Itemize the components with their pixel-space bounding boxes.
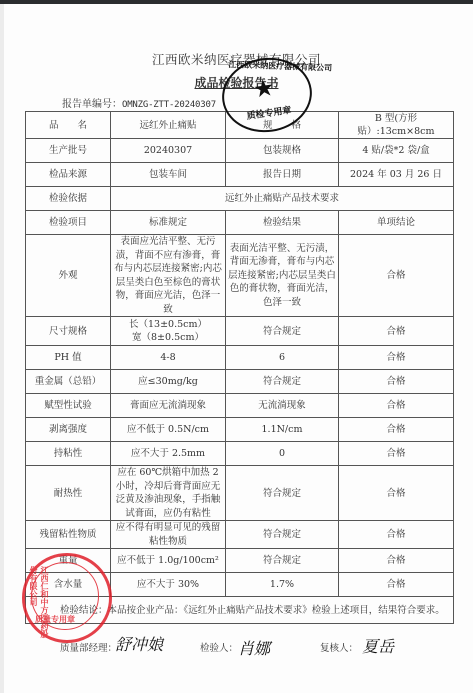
item-cell: 剥离强度 bbox=[26, 418, 111, 442]
product-name-label: 品 名 bbox=[26, 112, 111, 139]
report-number-value: OMNZG-ZTT-20240307 bbox=[122, 100, 216, 110]
table-row: 剥离强度 应不低于 0.5N/cm 1.1N/cm 合格 bbox=[26, 418, 454, 442]
row-source: 检品来源 包装车间 报告日期 2024 年 03 月 26 日 bbox=[26, 163, 454, 187]
result-cell: 符合规定 bbox=[226, 466, 339, 521]
row-basis: 检验依据 远红外止痛贴产品技术要求 bbox=[26, 187, 454, 211]
standard-cell: 长（13±0.5cm） 宽（8±0.5cm） bbox=[111, 317, 226, 346]
product-name-value: 远红外止痛贴 bbox=[111, 112, 226, 139]
packing-value: 4 贴/袋*2 袋/盒 bbox=[339, 139, 454, 163]
report-date-label: 报告日期 bbox=[226, 163, 339, 187]
basis-value: 远红外止痛贴产品技术要求 bbox=[111, 187, 454, 211]
item-cell: 残留粘性物质 bbox=[26, 521, 111, 549]
result-cell: 符合规定 bbox=[226, 317, 339, 346]
result-cell: 0 bbox=[226, 442, 339, 466]
standard-cell: 应≤30mg/kg bbox=[111, 370, 226, 394]
source-value: 包装车间 bbox=[111, 163, 226, 187]
red-stamp-label: 质量专用章 bbox=[35, 614, 75, 625]
result-cell: 无流淌现象 bbox=[226, 394, 339, 418]
report-date-value: 2024 年 03 月 26 日 bbox=[339, 163, 454, 187]
standard-cell: 应不低于 1.0g/100cm² bbox=[111, 549, 226, 573]
standard-cell: 应不低于 0.5N/cm bbox=[111, 418, 226, 442]
table-row: 重金属（总铅） 应≤30mg/kg 符合规定 合格 bbox=[26, 370, 454, 394]
page-edge-shadow bbox=[0, 4, 4, 693]
star-icon: ★ bbox=[251, 75, 276, 102]
report-number-label: 报告单编号： bbox=[62, 99, 122, 110]
header-standard: 标准规定 bbox=[111, 211, 226, 235]
reviewer-label: 复核人： bbox=[320, 640, 358, 654]
standard-cell: 表面应光洁平整、无污渍，背面不应有渗膏，膏布与内芯层连接紧密;内芯层呈类白色至棕… bbox=[111, 235, 226, 317]
item-cell: 赋型性试验 bbox=[26, 394, 111, 418]
conclusion-cell: 合格 bbox=[339, 466, 454, 521]
conclusion-cell: 合格 bbox=[339, 317, 454, 346]
standard-length: 长（13±0.5cm） bbox=[113, 318, 223, 332]
table-row: 赋型性试验 膏面应无流淌现象 无流淌现象 合格 bbox=[26, 394, 454, 418]
red-stamp-text: 江西仁和中方医药股份有限公司 bbox=[29, 566, 51, 640]
inspection-table: 品 名 远红外止痛贴 规 格 B 型(方形贴）:13cm×8cm 生产批号 20… bbox=[25, 111, 454, 624]
item-cell: 尺寸规格 bbox=[26, 317, 111, 346]
conclusion-cell: 合格 bbox=[339, 549, 454, 573]
report-number: 报告单编号：OMNZG-ZTT-20240307 bbox=[62, 95, 216, 110]
header-conclusion: 单项结论 bbox=[339, 211, 454, 235]
table-header-row: 检验项目 标准规定 检验结果 单项结论 bbox=[26, 211, 454, 235]
conclusion-cell: 合格 bbox=[339, 394, 454, 418]
item-cell: 重金属（总铅） bbox=[26, 370, 111, 394]
spec-value: B 型(方形贴）:13cm×8cm bbox=[339, 112, 454, 139]
inspector-label: 检验人： bbox=[200, 640, 238, 654]
row-batch: 生产批号 20240307 包装规格 4 贴/袋*2 袋/盒 bbox=[26, 139, 454, 163]
batch-value: 20240307 bbox=[111, 139, 226, 163]
conclusion-cell: 合格 bbox=[339, 573, 454, 597]
table-row: 耐热性 应在 60℃烘箱中加热 2 小时，冷却后膏背面应无泛黄及渗油现象，手指触… bbox=[26, 466, 454, 521]
table-row: 残留粘性物质 应不得有明显可见的残留粘性物质 符合规定 合格 bbox=[26, 521, 454, 549]
conclusion-cell: 合格 bbox=[339, 442, 454, 466]
qc-stamp-label: 质检专用章 bbox=[246, 103, 292, 122]
qc-stamp-text: 江西欧米纳医疗器械有限公司 bbox=[228, 59, 332, 74]
standard-cell: 4-8 bbox=[111, 346, 226, 370]
standard-cell: 应不大于 2.5mm bbox=[111, 442, 226, 466]
standard-cell: 应在 60℃烘箱中加热 2 小时，冷却后膏背面应无泛黄及渗油现象，手指触试膏面，… bbox=[111, 466, 226, 521]
item-cell: 外观 bbox=[26, 235, 111, 317]
header-result: 检验结果 bbox=[226, 211, 339, 235]
packing-label: 包装规格 bbox=[226, 139, 339, 163]
table-row: 外观 表面应光洁平整、无污渍，背面不应有渗膏，膏布与内芯层连接紧密;内芯层呈类白… bbox=[26, 235, 454, 317]
conclusion-cell: 合格 bbox=[339, 346, 454, 370]
header-item: 检验项目 bbox=[26, 211, 111, 235]
source-label: 检品来源 bbox=[26, 163, 111, 187]
result-cell: 表面光洁平整、无污渍，背面无渗膏，膏布与内芯层连接紧密;内芯层呈类白色的膏状物，… bbox=[226, 235, 339, 317]
inspector-signature: 肖娜 bbox=[238, 636, 270, 659]
standard-cell: 应不大于 30% bbox=[111, 573, 226, 597]
result-cell: 符合规定 bbox=[226, 370, 339, 394]
standard-cell: 应不得有明显可见的残留粘性物质 bbox=[111, 521, 226, 549]
manager-signature: 舒冲娘 bbox=[115, 632, 163, 655]
result-cell: 符合规定 bbox=[226, 549, 339, 573]
conclusion-cell: 合格 bbox=[339, 521, 454, 549]
conclusion-cell: 合格 bbox=[339, 235, 454, 317]
red-company-stamp: 江西仁和中方医药股份有限公司 质量专用章 bbox=[22, 553, 112, 643]
result-cell: 符合规定 bbox=[226, 521, 339, 549]
result-cell: 6 bbox=[226, 346, 339, 370]
conclusion-cell: 合格 bbox=[339, 418, 454, 442]
table-row: 尺寸规格 长（13±0.5cm） 宽（8±0.5cm） 符合规定 合格 bbox=[26, 317, 454, 346]
result-cell: 1.1N/cm bbox=[226, 418, 339, 442]
reviewer-signature: 夏岳 bbox=[362, 634, 394, 657]
standard-cell: 膏面应无流淌现象 bbox=[111, 394, 226, 418]
standard-width: 宽（8±0.5cm） bbox=[113, 331, 223, 345]
item-cell: 耐热性 bbox=[26, 466, 111, 521]
table-row: PH 值 4-8 6 合格 bbox=[26, 346, 454, 370]
conclusion-cell: 合格 bbox=[339, 370, 454, 394]
item-cell: PH 值 bbox=[26, 346, 111, 370]
basis-label: 检验依据 bbox=[26, 187, 111, 211]
table-row: 持粘性 应不大于 2.5mm 0 合格 bbox=[26, 442, 454, 466]
batch-label: 生产批号 bbox=[26, 139, 111, 163]
item-cell: 持粘性 bbox=[26, 442, 111, 466]
result-cell: 1.7% bbox=[226, 573, 339, 597]
